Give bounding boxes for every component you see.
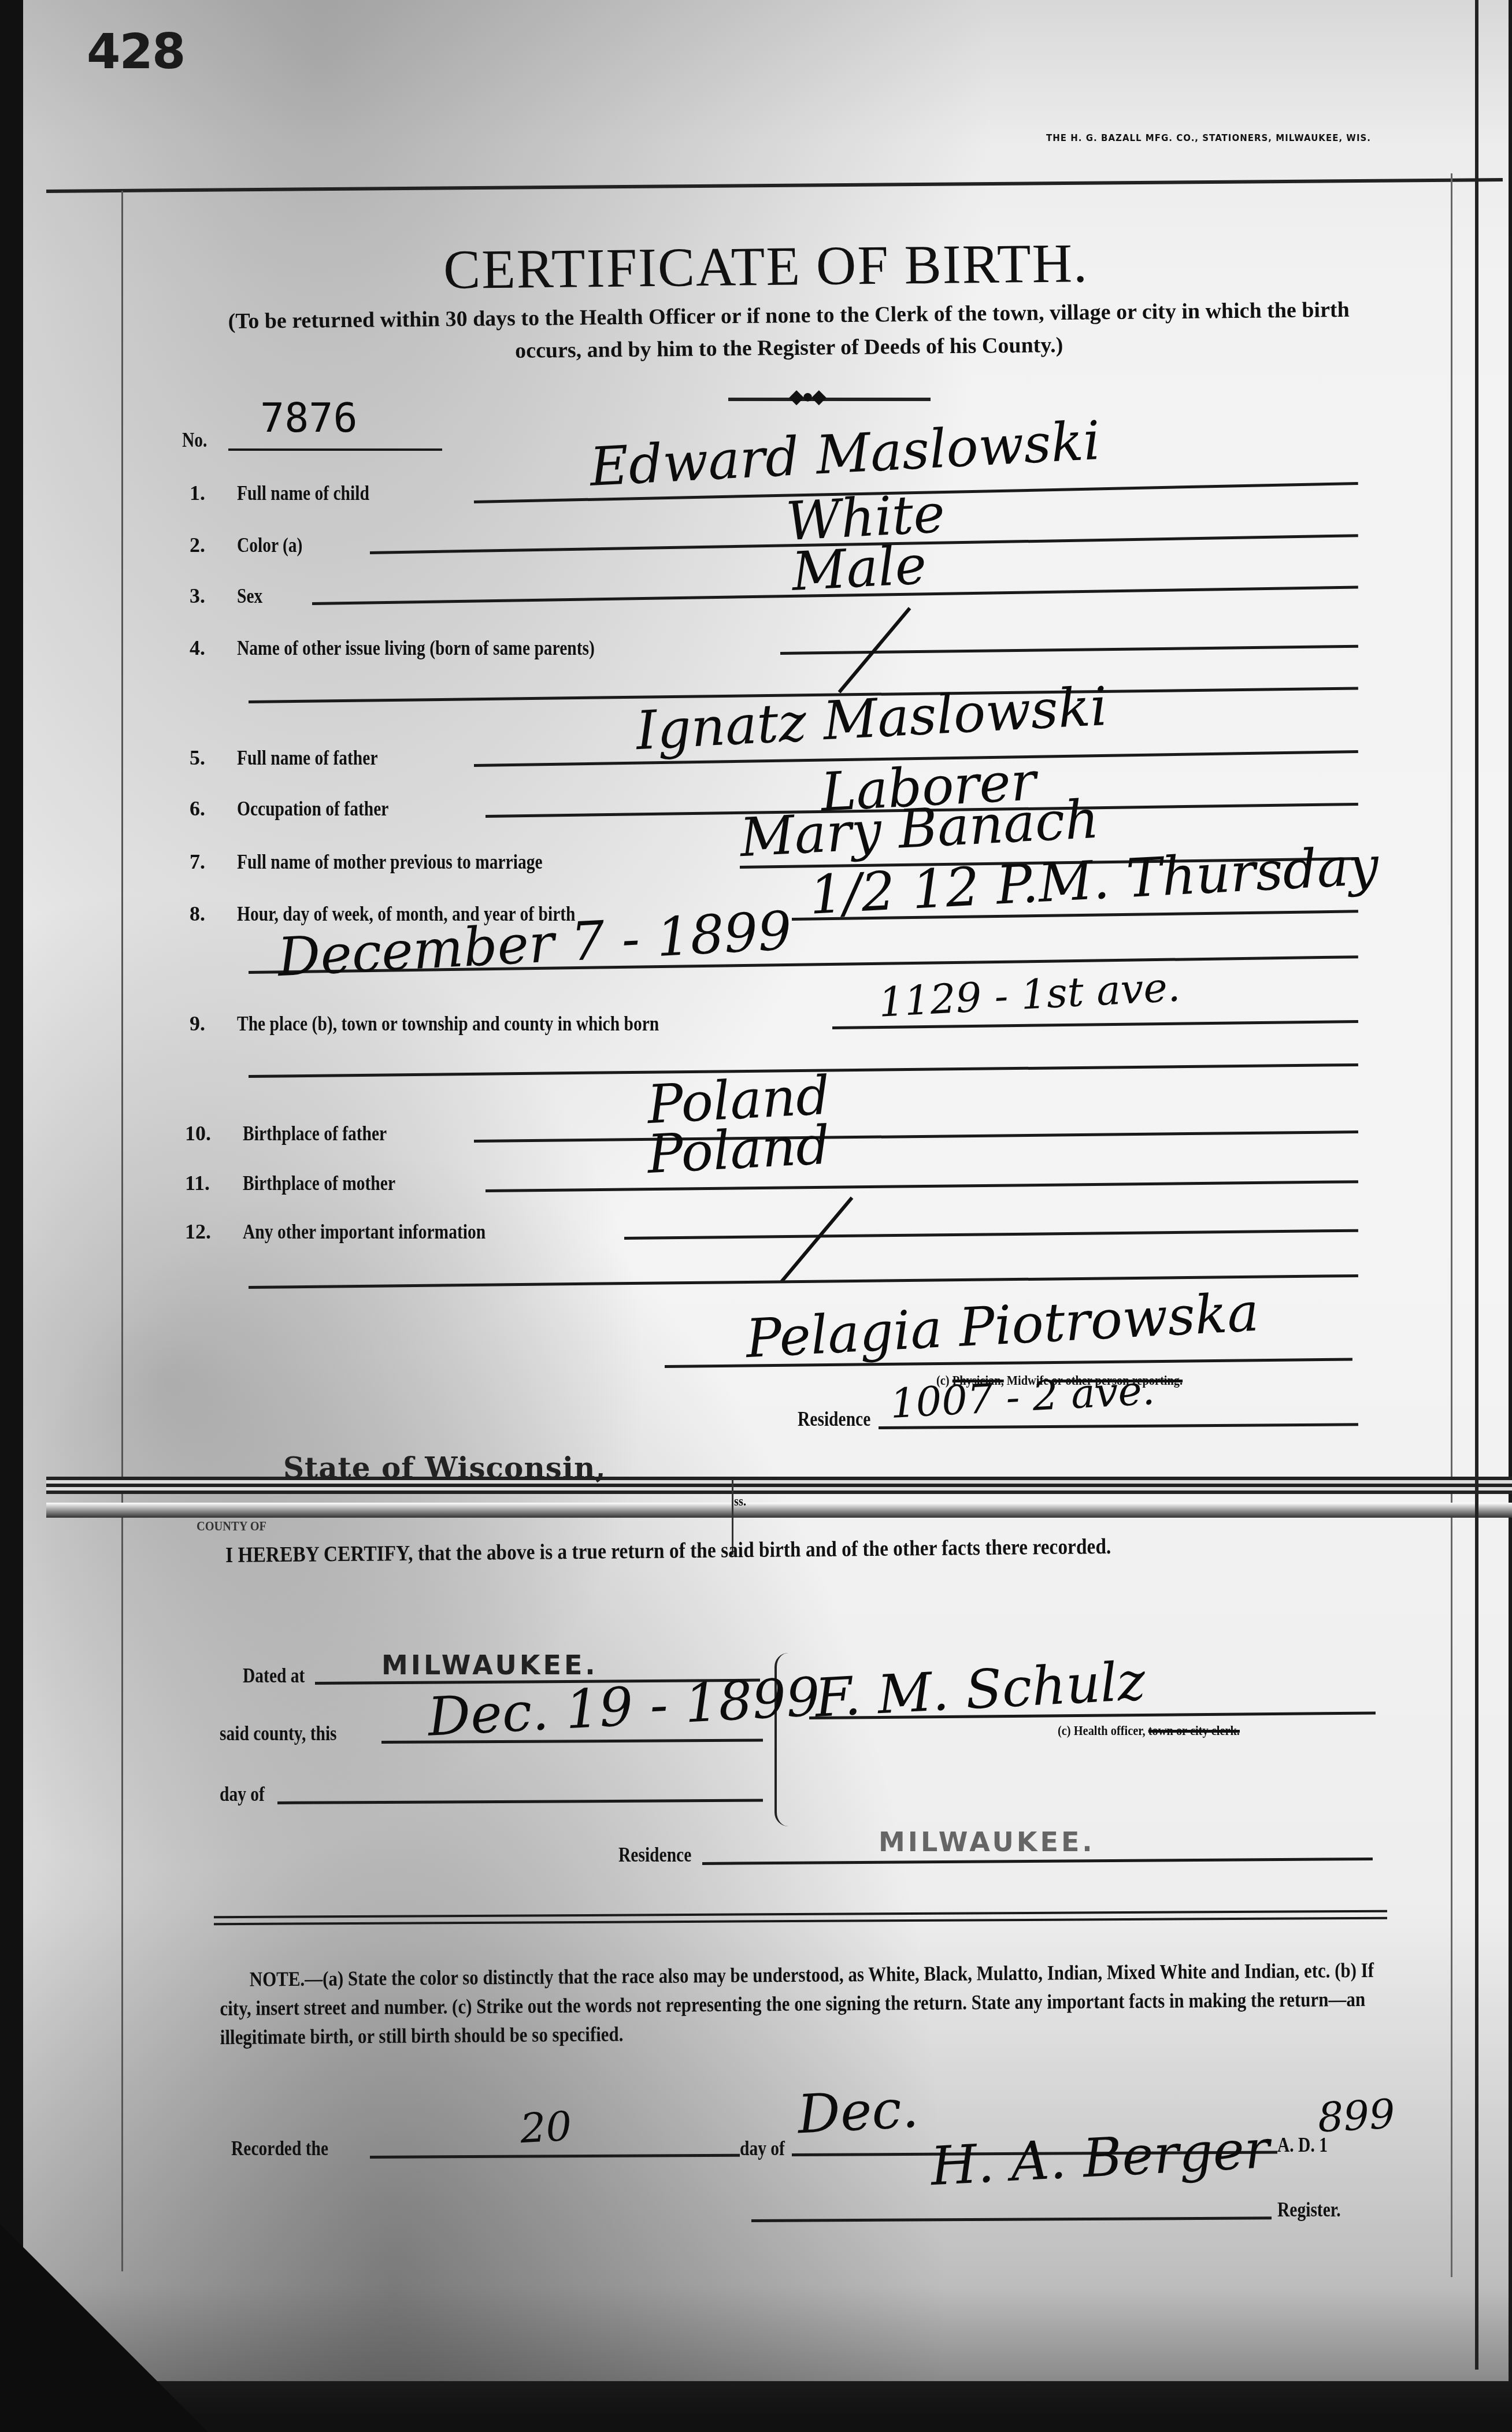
reporter-residence-label: Residence xyxy=(798,1407,870,1431)
document-instructions: (To be returned within 30 days to the He… xyxy=(202,293,1376,370)
register-label: Register. xyxy=(1277,2197,1341,2222)
field-number: 4. xyxy=(190,636,205,660)
field-value-sex[interactable]: Male xyxy=(790,534,928,603)
officer-residence-label: Residence xyxy=(618,1842,691,1867)
field-line xyxy=(780,645,1358,655)
field-number: 11. xyxy=(185,1171,210,1195)
top-border-rule xyxy=(46,178,1503,193)
field-label-father-occupation: Occupation of father xyxy=(237,796,388,821)
certificate-page: 428 THE H. G. BAZALL MFG. CO., STATIONER… xyxy=(23,0,1509,2381)
field-label-father-name: Full name of father xyxy=(237,746,378,770)
officer-signature[interactable]: F. M. Schulz xyxy=(814,1650,1147,1729)
recorded-year-value[interactable]: 899 xyxy=(1317,2090,1396,2142)
field-number: 1. xyxy=(190,481,205,505)
paper-fold-shadow xyxy=(46,1503,1512,1518)
field-line xyxy=(624,1229,1358,1240)
day-of-line xyxy=(277,1799,763,1804)
recorded-day-line xyxy=(370,2154,740,2159)
said-county-label: said county, this xyxy=(220,1721,337,1745)
section-double-rule-top xyxy=(214,1910,1387,1919)
certification-rest: that the above is a true return of the s… xyxy=(418,1534,1111,1566)
field-number: 8. xyxy=(190,902,205,926)
frame-right-border xyxy=(1451,173,1452,2277)
officer-role-caption: (c) Health officer, town or city clerk. xyxy=(1058,1723,1240,1739)
field-number: 6. xyxy=(190,796,205,821)
field-label-birth-place: The place (b), town or township and coun… xyxy=(237,1011,659,1036)
dated-at-value: MILWAUKEE. xyxy=(381,1649,598,1681)
field-label-color: Color (a) xyxy=(237,533,302,557)
field-number: 3. xyxy=(190,584,205,608)
dated-at-label: Dated at xyxy=(243,1663,305,1688)
field-line xyxy=(486,1180,1358,1192)
printer-mark: THE H. G. BAZALL MFG. CO., STATIONERS, M… xyxy=(1046,133,1371,143)
field-value-other-info-dash xyxy=(780,1196,854,1282)
certificate-number-label: No. xyxy=(182,428,207,452)
reporter-residence-value[interactable]: 1007 - 2 ave. xyxy=(889,1366,1156,1428)
scan-corner-fold xyxy=(0,2224,208,2432)
recorded-day-of-label: day of xyxy=(740,2136,785,2160)
field-value-father-name[interactable]: Ignatz Maslowski xyxy=(635,676,1109,762)
scan-right-edge xyxy=(1475,0,1478,2370)
field-number: 12. xyxy=(185,1219,211,1244)
recorded-day-value[interactable]: 20 xyxy=(519,2103,573,2153)
field-number: 7. xyxy=(190,850,205,874)
frame-left-border xyxy=(121,191,123,2271)
recorded-month-value[interactable]: Dec. xyxy=(796,2078,920,2146)
field-number: 2. xyxy=(190,533,205,557)
certification-lead: I HEREBY CERTIFY, xyxy=(225,1541,413,1567)
field-value-birth-place[interactable]: 1129 - 1st ave. xyxy=(877,963,1181,1026)
footnote: NOTE.—(a) State the color so distinctly … xyxy=(220,1956,1393,2052)
certification-text: I HEREBY CERTIFY, that the above is a tr… xyxy=(225,1526,1370,1573)
venue-county-label: COUNTY OF xyxy=(197,1519,266,1534)
officer-struck-clerk: town or city clerk. xyxy=(1148,1723,1240,1738)
field-label-sex: Sex xyxy=(237,584,262,608)
paper-fold-band xyxy=(46,1477,1512,1494)
ornament-divider xyxy=(728,398,931,401)
field-label-father-birthplace: Birthplace of father xyxy=(243,1121,387,1145)
field-value-child-name[interactable]: Edward Maslowski xyxy=(588,410,1102,498)
field-label-mother-name: Full name of mother previous to marriage xyxy=(237,850,543,874)
certificate-number-line xyxy=(228,448,442,451)
field-number: 9. xyxy=(190,1011,205,1036)
reporter-signature[interactable]: Pelagia Piotrowska xyxy=(744,1281,1261,1370)
field-value-mother-birthplace[interactable]: Poland xyxy=(646,1114,831,1185)
officer-health: Health officer, xyxy=(1074,1723,1146,1738)
officer-residence-line xyxy=(702,1858,1373,1865)
field-label-child-name: Full name of child xyxy=(237,481,369,505)
field-number: 10. xyxy=(185,1121,211,1145)
officer-prefix: (c) xyxy=(1058,1723,1071,1738)
venue-ss: ss. xyxy=(734,1494,746,1510)
scan-bottom-shadow xyxy=(0,2380,1512,2432)
footnote-text: —(a) State the color so distinctly that … xyxy=(220,1959,1374,2049)
register-signature-line xyxy=(751,2216,1272,2222)
section-double-rule-bottom xyxy=(214,1917,1387,1926)
day-of-label: day of xyxy=(220,1782,265,1806)
recorded-label: Recorded the xyxy=(231,2136,328,2160)
field-line xyxy=(474,1130,1358,1143)
register-signature[interactable]: H. A. Berger xyxy=(929,2118,1272,2198)
field-label-mother-birthplace: Birthplace of mother xyxy=(243,1171,395,1195)
field-label-other-issue: Name of other issue living (born of same… xyxy=(237,636,595,660)
certificate-number-value: 7876 xyxy=(260,394,358,442)
venue-state: State of Wisconsin, xyxy=(283,1451,606,1485)
footnote-lead: NOTE. xyxy=(250,1967,305,1991)
field-label-other-info: Any other important information xyxy=(243,1219,486,1244)
page-number: 428 xyxy=(87,23,184,80)
officer-residence-value: MILWAUKEE. xyxy=(879,1826,1095,1858)
field-number: 5. xyxy=(190,746,205,770)
